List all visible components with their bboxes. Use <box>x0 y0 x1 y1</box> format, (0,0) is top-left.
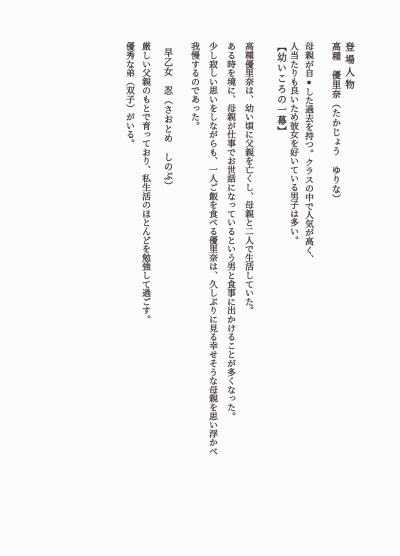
section-heading-childhood-scene: 【幼いころの一幕】 <box>274 42 286 547</box>
character-name-saotome-shinobu: 早乙女 忍（さおとめ しのぶ） <box>162 42 174 547</box>
text-line: 厳しい父親のもとで育っており、私生活のほとんどを勉強して過ごす。 <box>138 42 154 547</box>
text-line: 少し寂しい思いをしながらも、一人ご飯を食べる優里奈は、久しぶりに見る幸せそうな母… <box>204 42 222 547</box>
text-line: 我慢するのであった。 <box>186 42 204 547</box>
text-line: 母親が自●した過去を持つ。クラスの中で人気が高く、 <box>301 42 316 547</box>
text-line: 高種優里奈は、幼い頃に父親を亡くし、母親と二人で生活していた。 <box>240 42 258 547</box>
character-name-takajo-yurina: 高種 優里奈（たかじょう ゆりな） <box>330 42 342 547</box>
character-description-shinobu: 厳しい父親のもとで育っており、私生活のほとんどを勉強して過ごす。 優秀な弟（双子… <box>122 42 154 547</box>
scene-paragraph: 高種優里奈は、幼い頃に父親を亡くし、母親と二人で生活していた。 ある時を境に、母… <box>186 42 258 547</box>
character-description-yurina: 母親が自●した過去を持つ。クラスの中で人気が高く、 人当たりも良いため彼女を好い… <box>286 42 316 547</box>
page-title: 登場人物 <box>342 42 354 547</box>
text-line: 人当たりも良いため彼女を好いている男子は多い。 <box>286 42 301 547</box>
character-intro-page: 登場人物 高種 優里奈（たかじょう ゆりな） 母親が自●した過去を持つ。クラスの… <box>122 42 354 547</box>
text-line: 優秀な弟（双子）がいる。 <box>122 42 138 547</box>
text-line: ある時を境に、母親が仕事でお世話になっているという男と食事に出かけることが多くな… <box>222 42 240 547</box>
